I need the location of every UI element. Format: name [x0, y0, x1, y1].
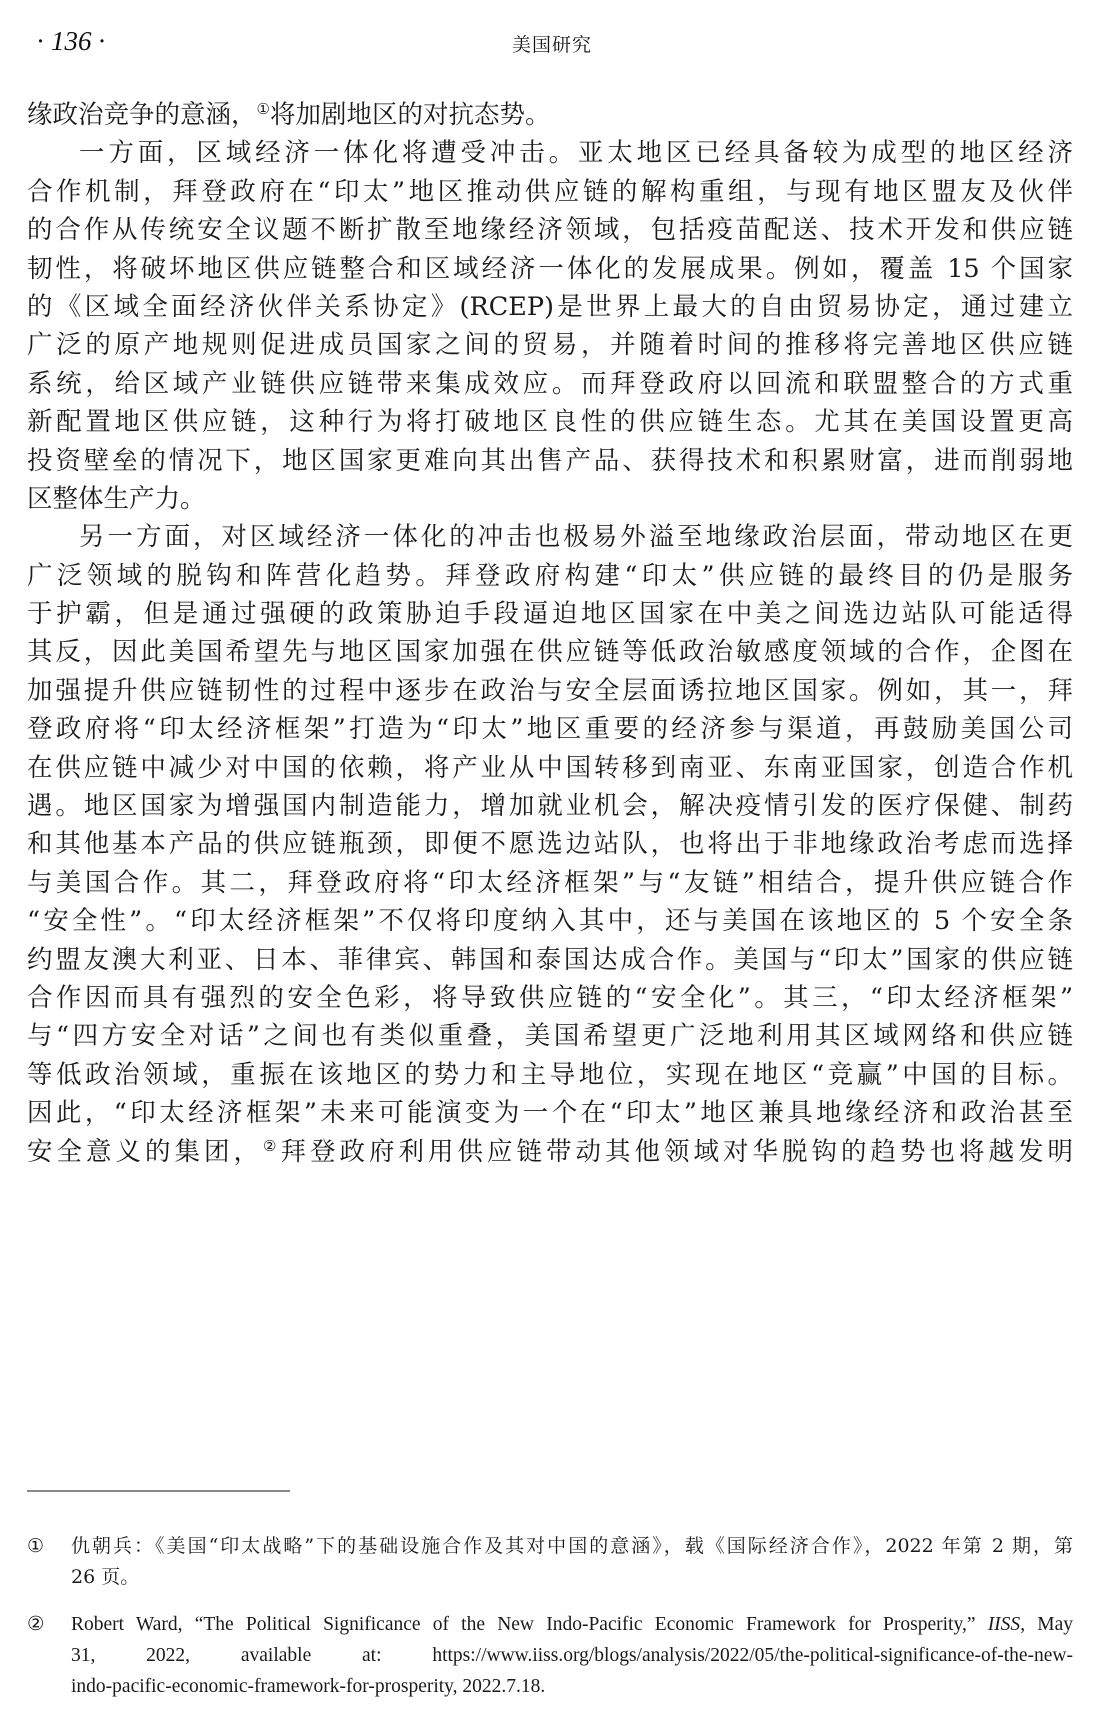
text-line: 韧性，将破坏地区供应链整合和区域经济一体化的发展成果。例如，覆盖 15 个国家 [27, 250, 1073, 288]
text-line: 于护霸，但是通过强硬的政策胁迫手段逼迫地区国家在中美之间选边站队可能适得 [27, 595, 1073, 633]
footnote-reference[interactable]: ② [263, 1137, 280, 1155]
line-text: 区整体生产力。 [27, 484, 206, 514]
text-line: 约盟友澳大利亚、日本、菲律宾、韩国和泰国达成合作。美国与“印太”国家的供应链 [27, 941, 1073, 979]
line-text: 一方面，区域经济一体化将遭受冲击。亚太地区已经具备较为成型的地区经济 [79, 138, 1073, 168]
line-text: 广泛领域的脱钩和阵营化趋势。拜登政府构建“印太”供应链的最终目的仍是服务 [27, 561, 1073, 591]
line-text: 安全意义的集团， [27, 1137, 263, 1167]
text-line: 和其他基本产品的供应链瓶颈，即便不愿选边站队，也将出于非地缘政治考虑而选择 [27, 825, 1073, 863]
line-text: 与“四方安全对话”之间也有类似重叠，美国希望更广泛地利用其区域网络和供应链 [27, 1021, 1073, 1051]
page-number: ·136· [30, 26, 113, 57]
line-text: 其反，因此美国希望先与地区国家加强在供应链等低政治敏感度领域的合作，企图在 [27, 637, 1073, 667]
text-line: 区整体生产力。 [27, 480, 1073, 518]
page-number-value: 136 [51, 26, 92, 56]
line-text: 将加剧地区的对抗态势。 [270, 100, 551, 130]
line-text: 等低政治领域，重振在该地区的势力和主导地位，实现在地区“竞赢”中国的目标。 [27, 1060, 1073, 1090]
text-line: 一方面，区域经济一体化将遭受冲击。亚太地区已经具备较为成型的地区经济 [27, 134, 1073, 172]
text-line: 另一方面，对区域经济一体化的冲击也极易外溢至地缘政治层面，带动地区在更 [27, 518, 1073, 556]
text-line: 遇。地区国家为增强国内制造能力，增加就业机会，解决疫情引发的医疗保健、制药 [27, 787, 1073, 825]
line-text: 广泛的原产地规则促进成员国家之间的贸易，并随着时间的推移将完善地区供应链 [27, 330, 1073, 360]
footnotes: ① 仇朝兵：《美国“印太战略”下的基础设施合作及其对中国的意涵》，载《国际经济合… [27, 1531, 1073, 1702]
line-text: 与美国合作。其二，拜登政府将“印太经济框架”与“友链”相结合，提升供应链合作 [27, 868, 1073, 898]
text-line: 其反，因此美国希望先与地区国家加强在供应链等低政治敏感度领域的合作，企图在 [27, 633, 1073, 671]
line-text: 缘政治竞争的意涵， [27, 100, 257, 130]
footnote-divider [27, 1490, 290, 1492]
text-line: 投资壁垒的情况下，地区国家更难向其出售产品、获得技术和积累财富，进而削弱地 [27, 442, 1073, 480]
text-line: 系统，给区域产业链供应链带来集成效应。而拜登政府以回流和联盟整合的方式重 [27, 365, 1073, 403]
footnote-2-line: 31, 2022, available at: https://www.iiss… [71, 1640, 1073, 1671]
footnote-2: ② Robert Ward, “The Political Significan… [27, 1609, 1073, 1702]
footnote-2-marker: ② [27, 1609, 44, 1640]
footnote-1-line: 仇朝兵：《美国“印太战略”下的基础设施合作及其对中国的意涵》，载《国际经济合作》… [71, 1531, 1073, 1562]
line-text: 遇。地区国家为增强国内制造能力，增加就业机会，解决疫情引发的医疗保健、制药 [27, 791, 1073, 821]
footnote-1-line: 26 页。 [71, 1562, 1073, 1593]
line-text: 另一方面，对区域经济一体化的冲击也极易外溢至地缘政治层面，带动地区在更 [79, 522, 1073, 552]
footnote-2-url[interactable]: 31, 2022, available at: https://www.iiss… [71, 1645, 1073, 1666]
footnote-1: ① 仇朝兵：《美国“印太战略”下的基础设施合作及其对中国的意涵》，载《国际经济合… [27, 1531, 1073, 1593]
line-text: 加强提升供应链韧性的过程中逐步在政治与安全层面诱拉地区国家。例如，其一，拜 [27, 676, 1073, 706]
text-line: 与“四方安全对话”之间也有类似重叠，美国希望更广泛地利用其区域网络和供应链 [27, 1017, 1073, 1055]
text-line: 在供应链中减少对中国的依赖，将产业从中国转移到南亚、东南亚国家，创造合作机 [27, 749, 1073, 787]
line-text: 于护霸，但是通过强硬的政策胁迫手段逼迫地区国家在中美之间选边站队可能适得 [27, 599, 1073, 629]
line-text: 合作因而具有强烈的安全色彩，将导致供应链的“安全化”。其三，“印太经济框架” [27, 983, 1073, 1013]
text-line: 新配置地区供应链，这种行为将打破地区良性的供应链生态。尤其在美国设置更高 [27, 403, 1073, 441]
footnote-2-source: IISS [988, 1614, 1021, 1635]
text-line: 加强提升供应链韧性的过程中逐步在政治与安全层面诱拉地区国家。例如，其一，拜 [27, 672, 1073, 710]
journal-title: 美国研究 [512, 30, 592, 57]
line-text: 投资壁垒的情况下，地区国家更难向其出售产品、获得技术和积累财富，进而削弱地 [27, 446, 1073, 476]
line-text: 的合作从传统安全议题不断扩散至地缘经济领域，包括疫苗配送、技术开发和供应链 [27, 215, 1073, 245]
text-line: 合作机制，拜登政府在“印太”地区推动供应链的解构重组，与现有地区盟友及伙伴 [27, 173, 1073, 211]
text-line: 广泛领域的脱钩和阵营化趋势。拜登政府构建“印太”供应链的最终目的仍是服务 [27, 557, 1073, 595]
footnote-2-line: Robert Ward, “The Political Significance… [71, 1609, 1073, 1640]
text-line: 的《区域全面经济伙伴关系协定》(RCEP)是世界上最大的自由贸易协定，通过建立 [27, 288, 1073, 326]
page-header: ·136· 美国研究 [0, 22, 1097, 62]
text-line: 登政府将“印太经济框架”打造为“印太”地区重要的经济参与渠道，再鼓励美国公司 [27, 710, 1073, 748]
line-text: 约盟友澳大利亚、日本、菲律宾、韩国和泰国达成合作。美国与“印太”国家的供应链 [27, 945, 1073, 975]
text-line: 与美国合作。其二，拜登政府将“印太经济框架”与“友链”相结合，提升供应链合作 [27, 864, 1073, 902]
footnote-2-text: Robert Ward, “The Political Significance… [71, 1614, 988, 1635]
text-line: 缘政治竞争的意涵，①将加剧地区的对抗态势。 [27, 96, 1073, 134]
text-line: 安全意义的集团，②拜登政府利用供应链带动其他领域对华脱钩的趋势也将越发明 [27, 1133, 1073, 1171]
line-text: 拜登政府利用供应链带动其他领域对华脱钩的趋势也将越发明 [280, 1137, 1073, 1167]
text-line: 合作因而具有强烈的安全色彩，将导致供应链的“安全化”。其三，“印太经济框架” [27, 979, 1073, 1017]
text-line: “安全性”。“印太经济框架”不仅将印度纳入其中，还与美国在该地区的 5 个安全条 [27, 902, 1073, 940]
text-line: 因此，“印太经济框架”未来可能演变为一个在“印太”地区兼具地缘经济和政治甚至 [27, 1094, 1073, 1132]
line-text: 合作机制，拜登政府在“印太”地区推动供应链的解构重组，与现有地区盟友及伙伴 [27, 177, 1073, 207]
footnote-reference[interactable]: ① [257, 100, 270, 118]
line-text: 的《区域全面经济伙伴关系协定》(RCEP)是世界上最大的自由贸易协定，通过建立 [27, 292, 1073, 322]
line-text: 系统，给区域产业链供应链带来集成效应。而拜登政府以回流和联盟整合的方式重 [27, 369, 1073, 399]
text-line: 的合作从传统安全议题不断扩散至地缘经济领域，包括疫苗配送、技术开发和供应链 [27, 211, 1073, 249]
line-text: 登政府将“印太经济框架”打造为“印太”地区重要的经济参与渠道，再鼓励美国公司 [27, 714, 1073, 744]
line-text: 韧性，将破坏地区供应链整合和区域经济一体化的发展成果。例如，覆盖 15 个国家 [27, 254, 1073, 284]
line-text: “安全性”。“印太经济框架”不仅将印度纳入其中，还与美国在该地区的 5 个安全条 [27, 906, 1073, 936]
footnote-2-text: , May [1020, 1614, 1073, 1635]
line-text: 和其他基本产品的供应链瓶颈，即便不愿选边站队，也将出于非地缘政治考虑而选择 [27, 829, 1073, 859]
line-text: 因此，“印太经济框架”未来可能演变为一个在“印太”地区兼具地缘经济和政治甚至 [27, 1098, 1073, 1128]
footnote-2-line: indo-pacific-economic-framework-for-pros… [71, 1671, 1073, 1702]
footnote-2-url[interactable]: indo-pacific-economic-framework-for-pros… [71, 1676, 545, 1697]
line-text: 在供应链中减少对中国的依赖，将产业从中国转移到南亚、东南亚国家，创造合作机 [27, 753, 1073, 783]
line-text: 新配置地区供应链，这种行为将打破地区良性的供应链生态。尤其在美国设置更高 [27, 407, 1073, 437]
text-line: 等低政治领域，重振在该地区的势力和主导地位，实现在地区“竞赢”中国的目标。 [27, 1056, 1073, 1094]
body-text: 缘政治竞争的意涵，①将加剧地区的对抗态势。一方面，区域经济一体化将遭受冲击。亚太… [27, 96, 1073, 1171]
text-line: 广泛的原产地规则促进成员国家之间的贸易，并随着时间的推移将完善地区供应链 [27, 326, 1073, 364]
footnote-1-marker: ① [27, 1531, 44, 1562]
